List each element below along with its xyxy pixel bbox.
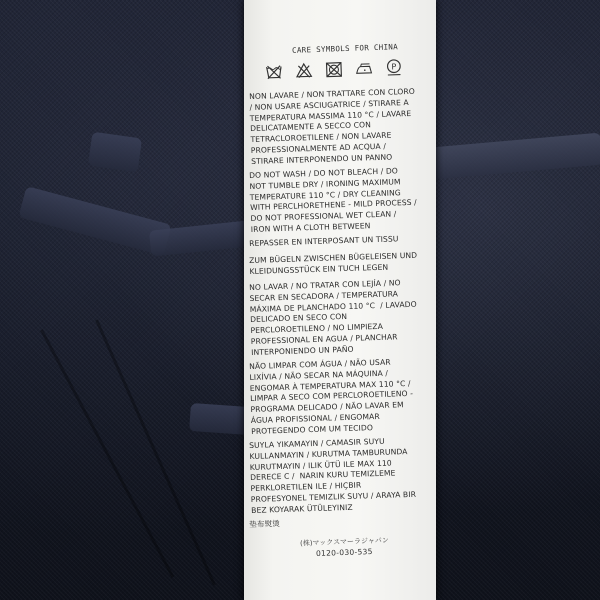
care-text-turkish: SUYLA YIKAMAYIN / CAMASIR SUYU KULLANMAY… (249, 435, 436, 516)
fabric-fold (88, 132, 142, 173)
care-text-english: DO NOT WASH / DO NOT BLEACH / DO NOT TUM… (249, 165, 436, 236)
iron-low-temp-icon (355, 59, 374, 78)
do-not-wash-icon (265, 62, 284, 81)
do-not-tumble-dry-icon (325, 60, 344, 79)
do-not-bleach-icon (295, 61, 314, 80)
care-text-spanish: NO LAVAR / NO TRATAR CON LEJÍA / NO SECA… (249, 277, 436, 358)
fabric-fold (189, 403, 251, 435)
care-text-portuguese: NÃO LIMPAR COM ÁGUA / NÃO USAR LIXÍVIA /… (249, 356, 436, 437)
svg-text:P: P (391, 61, 396, 71)
care-text-italian: NON LAVARE / NON TRATTARE CON CLORO / NO… (249, 86, 436, 167)
dry-clean-p-icon: P (385, 58, 404, 77)
